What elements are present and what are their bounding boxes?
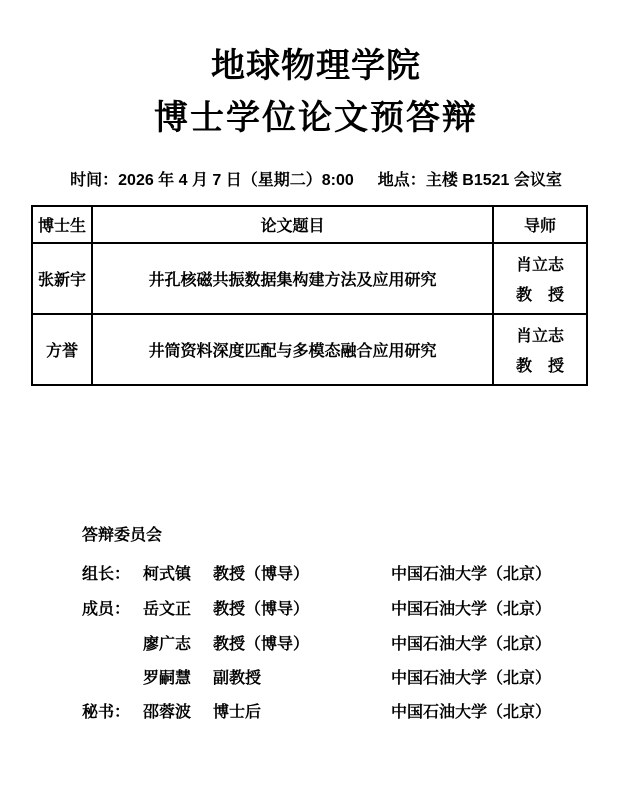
- table-row: 方誉 井筒资料深度匹配与多模态融合应用研究 肖立志 教 授: [32, 314, 587, 385]
- column-header-thesis-title: 论文题目: [92, 206, 493, 243]
- member-affiliation: 中国石油大学（北京）: [391, 665, 602, 688]
- advisor-cell-content: 肖立志 教 授: [494, 315, 586, 384]
- member-title: 博士后: [213, 699, 391, 722]
- member-role: [82, 631, 143, 654]
- advisor-cell: 肖立志 教 授: [493, 243, 587, 314]
- time-value: 2026 年 4 月 7 日（星期二）8:00: [118, 172, 354, 189]
- member-role: 秘书：: [82, 699, 143, 722]
- committee-member-row: 成员： 岳文正 教授（博导） 中国石油大学（北京）: [82, 596, 602, 619]
- advisor-name: 肖立志: [494, 323, 586, 346]
- column-header-advisor: 导师: [493, 206, 587, 243]
- committee-member-row: 组长： 柯式镇 教授（博导） 中国石油大学（北京）: [82, 561, 602, 584]
- table-row: 张新宇 井孔核磁共振数据集构建方法及应用研究 肖立志 教 授: [32, 243, 587, 314]
- document-title-event: 博士学位论文预答辩: [0, 90, 632, 139]
- member-title: 教授（博导）: [213, 561, 391, 584]
- thesis-title-cell: 井孔核磁共振数据集构建方法及应用研究: [92, 243, 493, 314]
- thesis-title-cell: 井筒资料深度匹配与多模态融合应用研究: [92, 314, 493, 385]
- committee-member-row: 秘书： 邵蓉波 博士后 中国石油大学（北京）: [82, 699, 602, 722]
- place-label: 地点：: [378, 172, 426, 189]
- member-affiliation: 中国石油大学（北京）: [391, 561, 602, 584]
- member-role: 组长：: [82, 561, 143, 584]
- document-title-school: 地球物理学院: [0, 38, 632, 87]
- time-label: 时间：: [70, 172, 118, 189]
- advisor-title: 教 授: [494, 353, 586, 376]
- advisor-cell-content: 肖立志 教 授: [494, 244, 586, 313]
- advisor-title: 教 授: [494, 282, 586, 305]
- advisor-cell: 肖立志 教 授: [493, 314, 587, 385]
- member-name: 廖广志: [143, 631, 213, 654]
- member-affiliation: 中国石油大学（北京）: [391, 699, 602, 722]
- place-value: 主楼 B1521 会议室: [426, 172, 562, 189]
- member-role: [82, 665, 143, 688]
- student-name-cell: 方誉: [32, 314, 92, 385]
- member-role: 成员：: [82, 596, 143, 619]
- member-name: 岳文正: [143, 596, 213, 619]
- session-info-line: 时间：2026 年 4 月 7 日（星期二）8:00地点：主楼 B1521 会议…: [0, 167, 632, 190]
- column-header-student: 博士生: [32, 206, 92, 243]
- student-name-cell: 张新宇: [32, 243, 92, 314]
- member-name: 罗嗣慧: [143, 665, 213, 688]
- committee-member-row: 廖广志 教授（博导） 中国石油大学（北京）: [82, 631, 602, 654]
- member-title: 教授（博导）: [213, 631, 391, 654]
- member-title: 副教授: [213, 665, 391, 688]
- member-name: 邵蓉波: [143, 699, 213, 722]
- table-header-row: 博士生 论文题目 导师: [32, 206, 587, 243]
- committee-heading: 答辩委员会: [82, 522, 162, 545]
- member-affiliation: 中国石油大学（北京）: [391, 596, 602, 619]
- member-title: 教授（博导）: [213, 596, 391, 619]
- member-affiliation: 中国石油大学（北京）: [391, 631, 602, 654]
- committee-member-row: 罗嗣慧 副教授 中国石油大学（北京）: [82, 665, 602, 688]
- advisor-name: 肖立志: [494, 252, 586, 275]
- member-name: 柯式镇: [143, 561, 213, 584]
- defense-schedule-table: 博士生 论文题目 导师 张新宇 井孔核磁共振数据集构建方法及应用研究 肖立志 教…: [31, 205, 588, 386]
